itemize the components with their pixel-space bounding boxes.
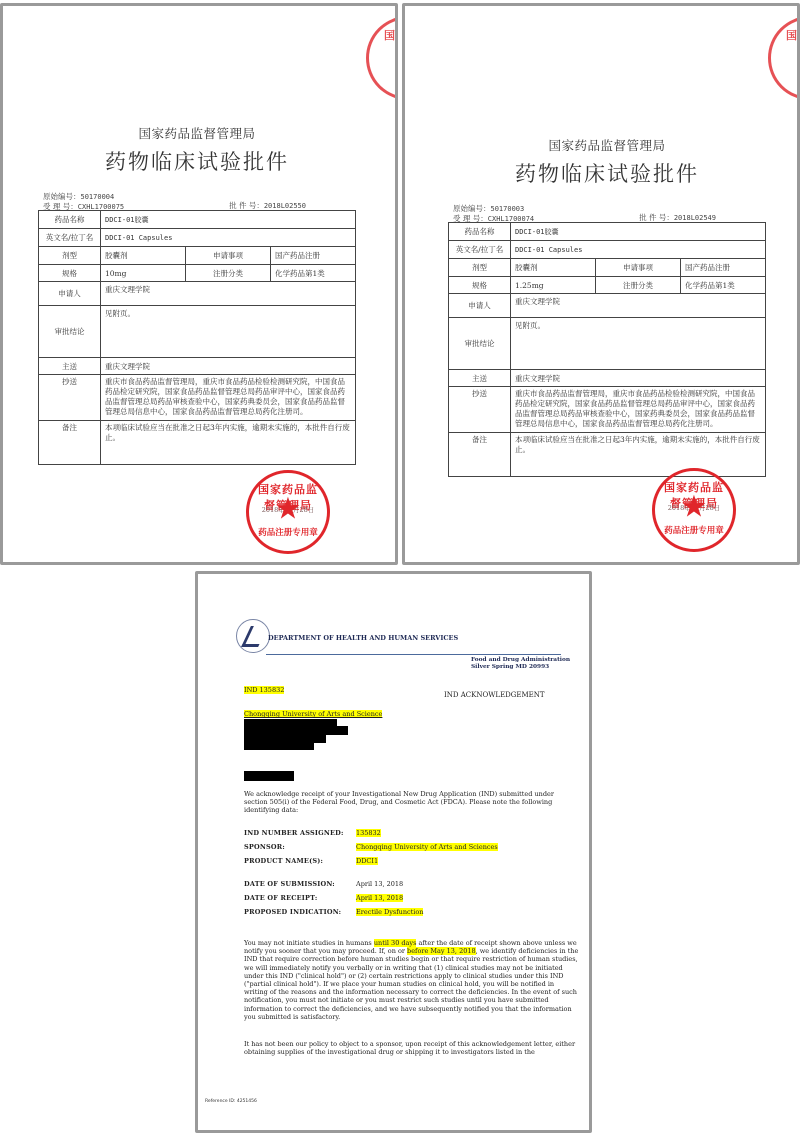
reference-id: Reference ID: 4251456 (205, 1098, 257, 1106)
applicant: 重庆文理学院 (511, 294, 766, 318)
document-title: 药物临床试验批件 (448, 158, 766, 188)
field-value: Erectile Dysfunction (356, 908, 423, 916)
partial-seal-stamp: 国家药品 (768, 16, 800, 100)
cc-recipients: 重庆市食品药品监督管理局，重庆市食品药品检验检测研究院，中国食品药品检定研究院，… (101, 375, 356, 421)
agency-name: 国家药品监督管理局 (448, 136, 766, 154)
remarks: 本项临床试验应当在批准之日起3年内实施，逾期未实施的，本批件自行废止。 (511, 433, 766, 477)
english-name: DDCI-01 Capsules (101, 229, 356, 247)
redaction-bar (244, 741, 314, 750)
approval-form: 国家药品监督管理局 药物临床试验批件 原始编号：50170003 受 理 号：C… (448, 136, 766, 477)
ind-reference: IND 135832 (244, 686, 284, 694)
application-item: 国产药品注册 (681, 259, 766, 277)
document-numbers: 原始编号：50170004 受 理 号：CXHL1700075 批 件 号：20… (38, 192, 356, 210)
registration-category: 化学药品第1类 (271, 265, 356, 282)
approval-form: 国家药品监督管理局 药物临床试验批件 原始编号：50170004 受 理 号：C… (38, 124, 356, 465)
header-rule (266, 654, 561, 655)
hhs-eagle-logo-icon (236, 619, 270, 653)
field-label: PROPOSED INDICATION: (244, 908, 356, 916)
approval-conclusion: 见附页。 (511, 318, 766, 370)
star-icon: ★ (275, 491, 302, 526)
applicant: 重庆文理学院 (101, 282, 356, 306)
remarks: 本项临床试验应当在批准之日起3年内实施，逾期未实施的，本批件自行废止。 (101, 421, 356, 465)
specification: 10mg (101, 265, 186, 282)
field-label: DATE OF SUBMISSION: (244, 880, 356, 888)
intro-paragraph: We acknowledge receipt of your Investiga… (244, 790, 574, 815)
field-row: DATE OF RECEIPT:April 13, 2018 (244, 891, 574, 905)
fda-ind-letter: DEPARTMENT OF HEALTH AND HUMAN SERVICES … (195, 571, 592, 1133)
field-row: PRODUCT NAME(S):DDCI1 (244, 854, 574, 868)
field-value: Chongqing University of Arts and Science… (356, 843, 498, 851)
identifying-data: IND NUMBER ASSIGNED:135832SPONSOR:Chongq… (244, 826, 574, 919)
field-value: April 13, 2018 (356, 894, 403, 902)
document-title: 药物临床试验批件 (38, 146, 356, 176)
agency-name: 国家药品监督管理局 (38, 124, 356, 142)
redaction-bar (244, 771, 294, 781)
drug-name: DDCI-01胶囊 (511, 223, 766, 241)
policy-paragraph: It has not been our policy to object to … (244, 1040, 579, 1056)
english-name: DDCI-01 Capsules (511, 241, 766, 259)
field-value: 135832 (356, 829, 381, 837)
drug-name: DDCI-01胶囊 (101, 211, 356, 229)
document-numbers: 原始编号：50170003 受 理 号：CXHL1700074 批 件 号：20… (448, 204, 766, 222)
registration-category: 化学药品第1类 (681, 277, 766, 294)
approval-table: 药品名称DDCI-01胶囊 英文名/拉丁名DDCI-01 Capsules 剂型… (38, 210, 356, 465)
star-icon: ★ (681, 489, 708, 524)
clinical-hold-paragraph: You may not initiate studies in humans u… (244, 939, 579, 1021)
addressee: Chongqing University of Arts and Science (244, 710, 382, 718)
original-number: 50170004 (81, 193, 115, 201)
batch-number: 2018L02550 (264, 202, 306, 210)
letter-heading: IND ACKNOWLEDGEMENT (444, 691, 545, 699)
field-value: April 13, 2018 (356, 880, 403, 888)
original-number: 50170003 (491, 205, 525, 213)
field-value: DDCI1 (356, 857, 378, 865)
acceptance-number: CXHL1700075 (78, 203, 124, 211)
acceptance-number: CXHL1700074 (488, 215, 534, 223)
department-name: DEPARTMENT OF HEALTH AND HUMAN SERVICES (268, 634, 458, 642)
field-label: PRODUCT NAME(S): (244, 857, 356, 865)
partial-seal-stamp: 国家药品 (366, 16, 398, 100)
specification: 1.25mg (511, 277, 596, 294)
official-seal-stamp: 国家药品监督管理局 2018年05月28日 ★ 药品注册专用章 (246, 470, 330, 554)
field-row: SPONSOR:Chongqing University of Arts and… (244, 840, 574, 854)
batch-number: 2018L02549 (674, 214, 716, 222)
dosage-form: 胶囊剂 (101, 247, 186, 265)
approval-document-1: 国家药品 国家药品监督管理局 药物临床试验批件 原始编号：50170004 受 … (0, 3, 398, 565)
dosage-form: 胶囊剂 (511, 259, 596, 277)
approval-conclusion: 见附页。 (101, 306, 356, 358)
official-seal-stamp: 国家药品监督管理局 2018年05月28日 ★ 药品注册专用章 (652, 468, 736, 552)
field-row: DATE OF SUBMISSION:April 13, 2018 (244, 877, 574, 891)
field-label: IND NUMBER ASSIGNED: (244, 829, 356, 837)
main-recipient: 重庆文理学院 (511, 370, 766, 387)
agency-address: Food and Drug Administration Silver Spri… (471, 657, 570, 671)
approval-table: 药品名称DDCI-01胶囊 英文名/拉丁名DDCI-01 Capsules 剂型… (448, 222, 766, 477)
field-label: SPONSOR: (244, 843, 356, 851)
cc-recipients: 重庆市食品药品监督管理局，重庆市食品药品检验检测研究院，中国食品药品检定研究院，… (511, 387, 766, 433)
approval-document-2: 国家药品 国家药品监督管理局 药物临床试验批件 原始编号：50170003 受 … (402, 3, 800, 565)
field-row: PROPOSED INDICATION:Erectile Dysfunction (244, 905, 574, 919)
application-item: 国产药品注册 (271, 247, 356, 265)
main-recipient: 重庆文理学院 (101, 358, 356, 375)
field-label: DATE OF RECEIPT: (244, 894, 356, 902)
field-row: IND NUMBER ASSIGNED:135832 (244, 826, 574, 840)
